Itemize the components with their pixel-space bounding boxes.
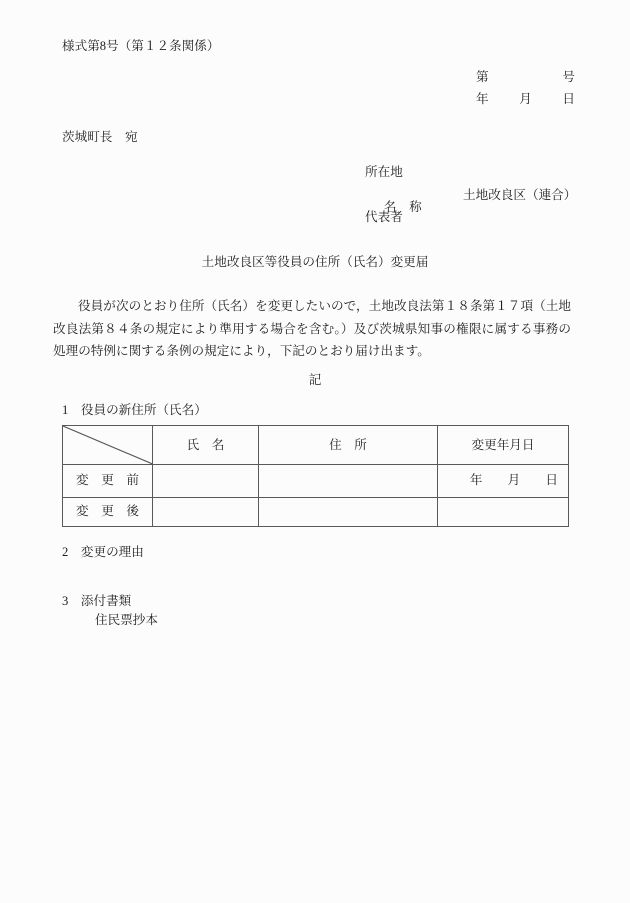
section-1-heading: 1 役員の新住所（氏名）	[62, 404, 207, 417]
date-day-label: 日	[562, 93, 575, 106]
header-name: 氏 名	[153, 426, 259, 465]
table-header-row: 氏 名 住 所 変更年月日	[63, 426, 569, 465]
section-3-heading: 3 添付書類	[62, 595, 131, 608]
document-title: 土地改良区等役員の住所（氏名）変更届	[0, 256, 630, 269]
after-address-cell	[259, 497, 438, 526]
table-corner-cell	[63, 426, 153, 465]
table-row-after-change: 変 更 後	[63, 497, 569, 526]
before-address-cell	[259, 464, 438, 497]
after-name-cell	[153, 497, 259, 526]
applicant-address-label: 所在地	[365, 166, 403, 179]
header-address: 住 所	[259, 426, 438, 465]
record-mark: 記	[0, 374, 630, 387]
before-date-cell: 年 月 日	[438, 464, 569, 497]
after-date-cell	[438, 497, 569, 526]
before-name-cell	[153, 464, 259, 497]
doc-no-suffix: 号	[562, 71, 575, 84]
header-change-date: 変更年月日	[438, 426, 569, 465]
diagonal-line-icon	[63, 426, 152, 464]
document-date-line: 年 月 日	[476, 93, 575, 106]
doc-no-prefix: 第	[476, 71, 489, 84]
document-number-line: 第 号	[476, 71, 575, 84]
attachment-item: 住民票抄本	[95, 614, 158, 627]
applicant-name-value: 土地改良区（連合）	[463, 189, 576, 202]
row-label-after: 変 更 後	[63, 497, 153, 526]
row-label-before: 変 更 前	[63, 464, 153, 497]
form-number: 様式第8号（第１２条関係）	[62, 40, 219, 53]
document-page: 様式第8号（第１２条関係） 第 号 年 月 日 茨城町長 宛 所在地 名 称 土…	[0, 0, 630, 903]
section-2-heading: 2 変更の理由	[62, 546, 144, 559]
applicant-representative-label: 代表者	[365, 211, 403, 224]
table-row-before-change: 変 更 前 年 月 日	[63, 464, 569, 497]
officer-change-table: 氏 名 住 所 変更年月日 変 更 前 年 月 日 変 更 後	[62, 425, 569, 527]
body-paragraph: 役員が次のとおり住所（氏名）を変更したいので，土地改良法第１８条第１７項（土地改…	[53, 295, 571, 363]
date-year-label: 年	[476, 93, 489, 106]
applicant-block: 所在地 名 称 土地改良区（連合） 代表者	[365, 166, 585, 234]
addressee: 茨城町長 宛	[62, 131, 138, 144]
date-month-label: 月	[519, 93, 532, 106]
